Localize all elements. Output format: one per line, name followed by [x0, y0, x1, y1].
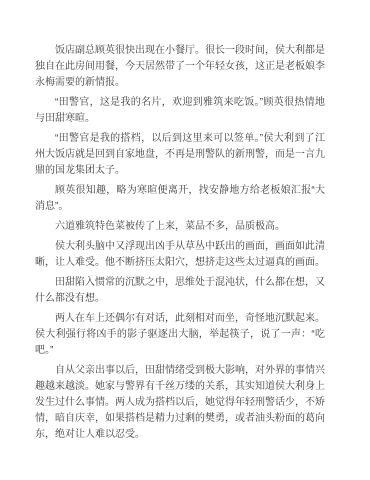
paragraph: 田甜陷入惯常的沉默之中，思维处于混沌状，什么都在想，又什么都没有想。	[35, 275, 325, 307]
paragraph: 自从父亲出事以后，田甜情绪受到极大影响，对外界的事情兴趣越来越淡。她家与警界有千…	[35, 363, 325, 443]
paragraph: 饭店副总顾英很快出现在小餐厅。很长一段时间，侯大利都是独自在此房间用餐，今天居然…	[35, 43, 325, 91]
ebook-page: 饭店副总顾英很快出现在小餐厅。很长一段时间，侯大利都是独自在此房间用餐，今天居然…	[0, 0, 370, 480]
paragraph: 六道雅筑特色菜被传了上来，菜品不多，品质极高。	[35, 219, 325, 235]
paragraph: 两人在车上还偶尔有对话，此刻相对而坐，奇怪地沉默起来。侯大利强行将凶手的影子驱逐…	[35, 311, 325, 359]
paragraph: “田警官是我的搭档，以后到这里来可以签单。”侯大利到了江州大饭店就是回到自家地盘…	[35, 131, 325, 179]
paragraph: “田警官，这是我的名片，欢迎到雅筑来吃饭。”顾英很热情地与田甜寒暄。	[35, 95, 325, 127]
paragraph: 顾英很知趣，略为寒暄便离开，找安静地方给老板娘汇报“大消息”。	[35, 183, 325, 215]
paragraph: 侯大利头脑中又浮现出凶手从草丛中跃出的画面，画面如此清晰，让人难受。他不断挤压太…	[35, 239, 325, 271]
